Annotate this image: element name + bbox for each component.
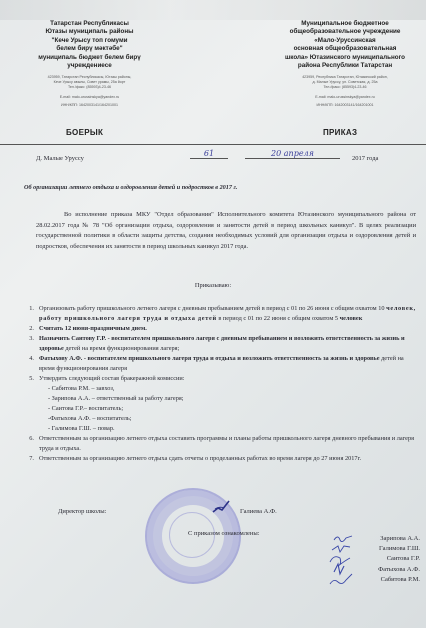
commission-list: - Сабитова Р.М. – завхоз, - Зарипова А.А… <box>18 384 418 434</box>
order-year: 2017 года <box>352 155 378 162</box>
doc-title-tatar: БОЕРЫК <box>66 128 103 137</box>
commission-member: - Галимова Г.Ш. – повар. <box>48 424 418 434</box>
acquainted-name: Зарипова А.А. <box>330 534 420 544</box>
commission-member: - Сабитова Р.М. – завхоз, <box>48 384 418 394</box>
org-line: общеобразовательное учреждение <box>270 28 420 36</box>
inn-tatar: ИНН/КПП: 1642003141/164201001 <box>22 103 157 107</box>
org-name-tatar: Татарстан Республикасы Ютазы муниципаль … <box>22 20 157 70</box>
doc-title-russian: ПРИКАЗ <box>323 128 357 137</box>
header-left-tatar: Татарстан Республикасы Ютазы муниципаль … <box>22 20 157 107</box>
item-number: 3. <box>18 334 39 354</box>
commission-member: -Фатыхова А.Ф. – воспитатель; <box>48 414 418 424</box>
acquainted-name: Сабитова Р.М. <box>330 575 420 585</box>
item-text: Назначить Саитову Г.Р. - воспитателем пр… <box>39 334 418 354</box>
order-items: 1. Организовать работу пришкольного летн… <box>18 304 418 464</box>
item-number: 1. <box>18 304 39 324</box>
item-number: 5. <box>18 374 39 384</box>
acquainted-list: Зарипова А.А. Галимова Г.Ш. Саитова Г.Р.… <box>330 534 420 585</box>
commission-member: - Саитова Г.Р.– воспитатель; <box>48 404 418 414</box>
email-tatar: E-mail: malo-urussinskya@yandex.ru <box>22 95 157 99</box>
director-name: Галиева А.Ф. <box>240 508 277 515</box>
place-of-issue: Д. Малые Уруссу <box>36 155 84 162</box>
item-text: Ответственным за организацию летнего отд… <box>39 434 418 454</box>
acquainted-name: Саитова Г.Р. <box>330 554 420 564</box>
acquainted-name: Галимова Г.Ш. <box>330 544 420 554</box>
order-item-5: 5. Утвердить следующий состав бракеражно… <box>18 374 418 384</box>
item-text: Утвердить следующий состав бракеражной к… <box>39 374 418 384</box>
inn-russian: ИНН/КПП: 1642003141/164201001 <box>270 103 420 107</box>
org-line: Ютазы муниципаль районы <box>22 28 157 36</box>
address-line: Тел./факс: (85593)4-23-46 <box>270 85 420 90</box>
preamble: Во исполнение приказа МКУ "Отдел образов… <box>36 210 416 252</box>
org-line: белем бирү мәктәбе" <box>22 45 157 53</box>
org-line: района Республики Татарстан <box>270 62 420 70</box>
acquainted-name: Фатыхова А.Ф. <box>330 565 420 575</box>
item-text: Фатыхову А.Ф. - воспитателем пришкольног… <box>39 354 418 374</box>
order-item-7: 7. Ответственным за организацию летнего … <box>18 454 418 464</box>
order-date: 20 апреля <box>245 149 340 159</box>
director-label: Директор школы: <box>58 508 106 515</box>
order-item-1: 1. Организовать работу пришкольного летн… <box>18 304 418 324</box>
header-right-russian: Муниципальное бюджетное общеобразователь… <box>270 20 420 107</box>
item-text-part: в период с 01 по 22 июня с общим охватом… <box>217 315 340 322</box>
order-heading: Приказываю: <box>0 282 426 289</box>
item-number: 7. <box>18 454 39 464</box>
org-name-russian: Муниципальное бюджетное общеобразователь… <box>270 20 420 70</box>
org-line: основная общеобразовательная <box>270 45 420 53</box>
order-number: 61 <box>190 149 228 159</box>
org-line: школа» Ютазинского муниципального <box>270 54 420 62</box>
org-line: «Мало-Уруссинская <box>270 37 420 45</box>
address-tatar: 423959, Татарстан Республикасы, Ютазы ра… <box>22 75 157 90</box>
acquainted-label: С приказом ознакомлены: <box>188 530 260 537</box>
order-subject: Об организации летнего отдыха и оздоровл… <box>24 184 237 191</box>
order-item-4: 4. Фатыхову А.Ф. - воспитателем пришколь… <box>18 354 418 374</box>
address-russian: 423959, Республика Татарстан, Ютазинский… <box>270 75 420 90</box>
item-text-part: человек <box>340 315 363 322</box>
org-line: муниципаль бюджет белем бирү <box>22 54 157 62</box>
item-text-part: Фатыхову А.Ф. - воспитателем пришкольног… <box>39 355 380 362</box>
order-item-6: 6. Ответственным за организацию летнего … <box>18 434 418 454</box>
address-line: Тел./факс: (85593)4-23-46 <box>22 85 157 90</box>
email-russian: E-mail: malo-urussinskya@yandex.ru <box>270 95 420 99</box>
order-item-2: 2. Считать 12 июня-праздничным днем. <box>18 324 418 334</box>
item-number: 4. <box>18 354 39 374</box>
item-text-part: Организовать работу пришкольного летнего… <box>39 305 386 312</box>
org-line: учреждениесе <box>22 62 157 70</box>
item-number: 2. <box>18 324 39 334</box>
director-signature-icon <box>212 500 230 514</box>
page-shadow <box>0 0 426 20</box>
org-line: "Кече Урысу топ гомуми <box>22 37 157 45</box>
item-text: Ответственным за организацию летнего отд… <box>39 454 418 464</box>
order-item-3: 3. Назначить Саитову Г.Р. - воспитателем… <box>18 334 418 354</box>
item-text-part: детей на время функционирования лагеря; <box>64 345 180 352</box>
item-text: Организовать работу пришкольного летнего… <box>39 304 418 324</box>
item-text: Считать 12 июня-праздничным днем. <box>39 324 418 334</box>
commission-member: - Зарипова А.А. – ответственный за работ… <box>48 394 418 404</box>
header-divider <box>0 144 426 145</box>
item-number: 6. <box>18 434 39 454</box>
